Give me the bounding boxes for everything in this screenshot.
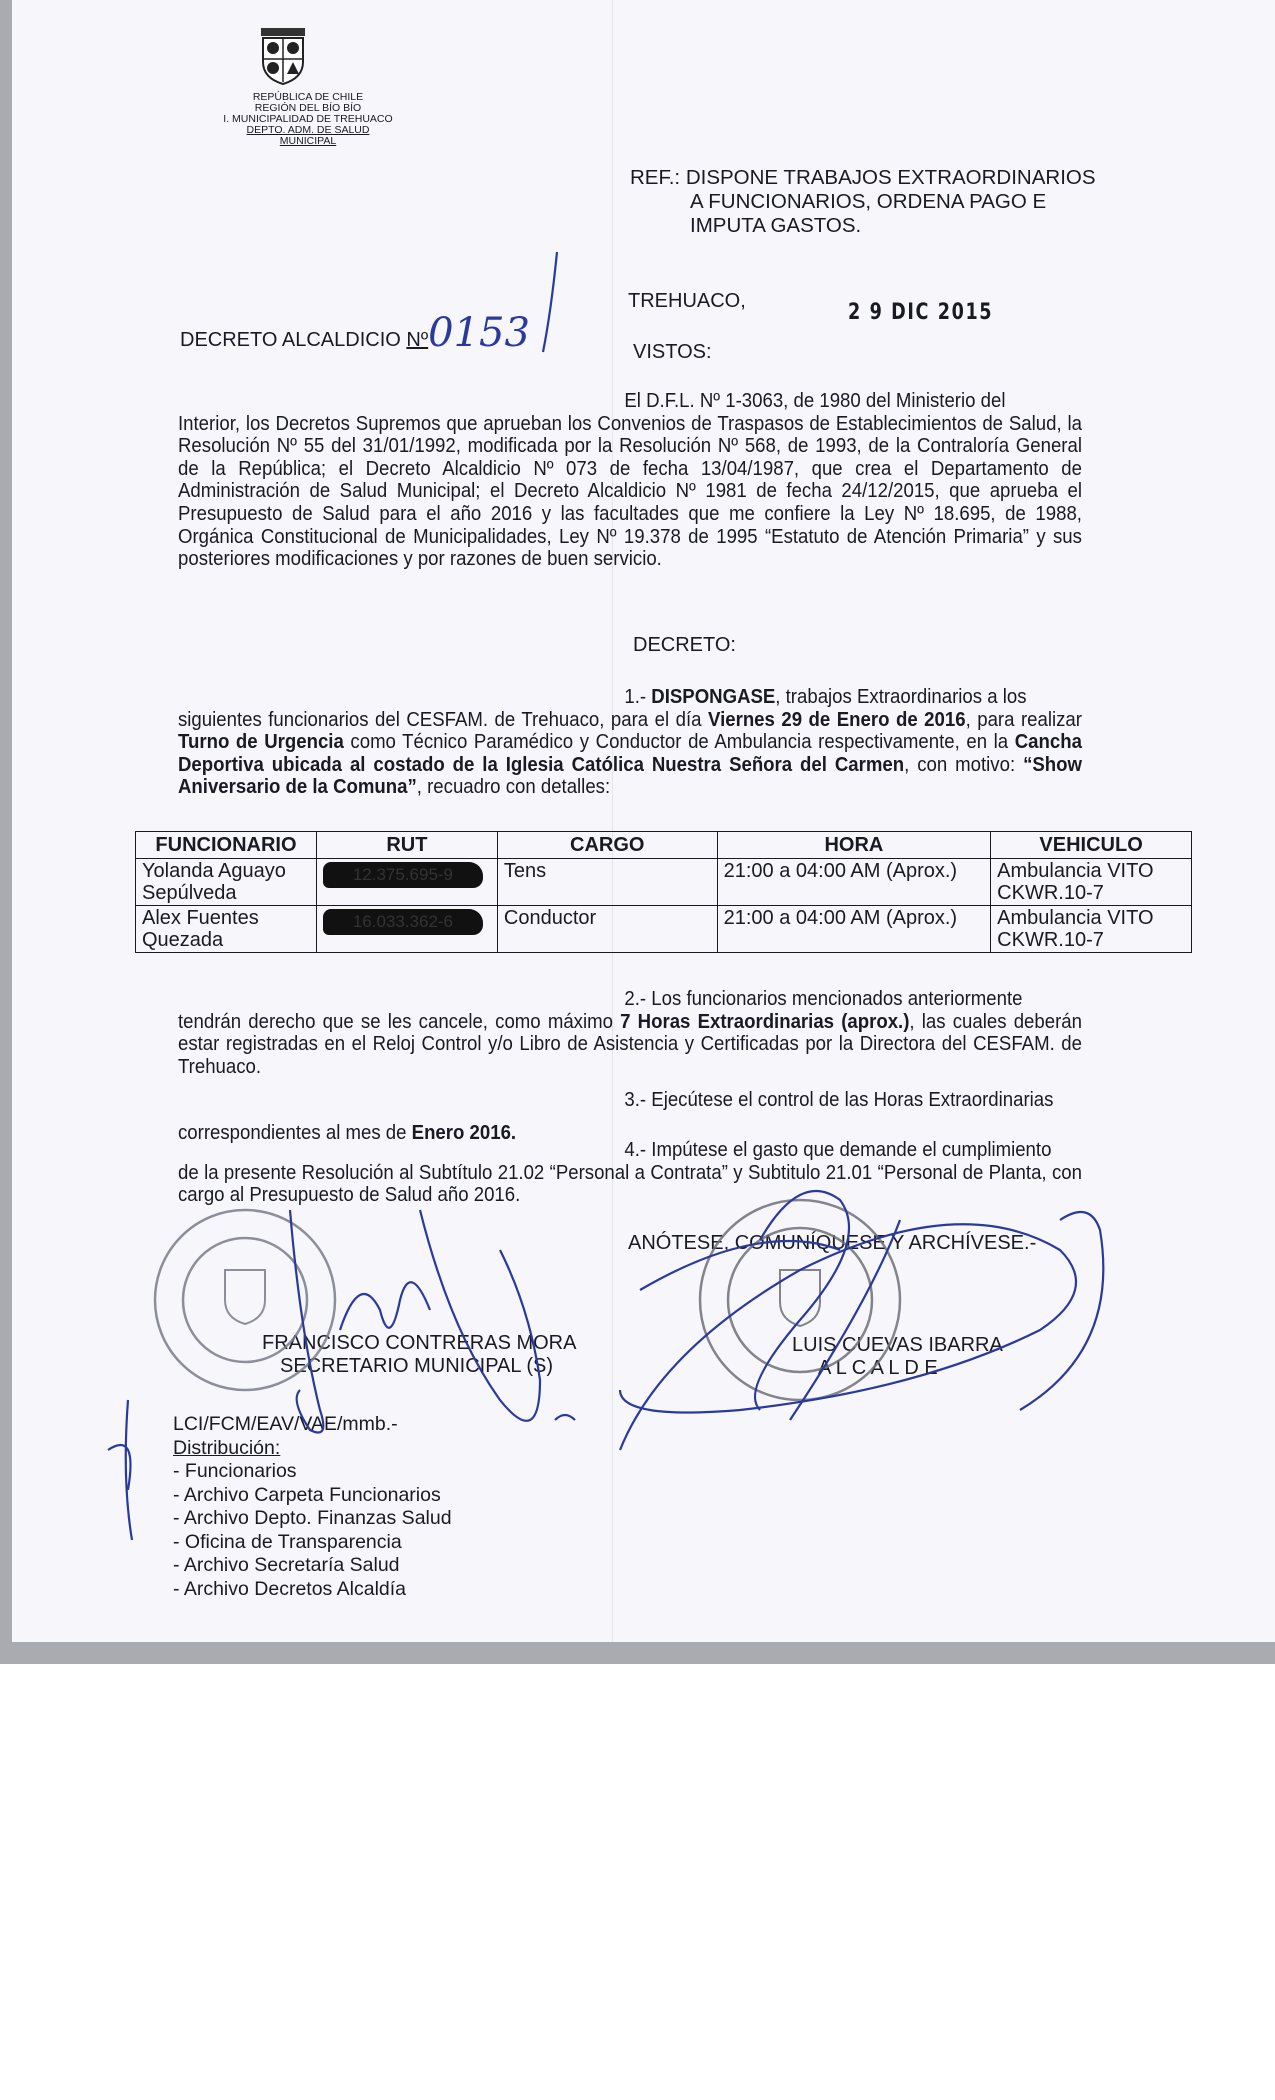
ref-line: IMPUTA GASTOS. [630, 214, 1096, 238]
distribution-item: - Archivo Decretos Alcaldía [173, 1578, 452, 1602]
closing-formula: ANÓTESE, COMUNÍQUESE Y ARCHÍVESE.- [628, 1232, 1036, 1255]
point-4: 4.- Impútese el gasto que demande el cum… [178, 1139, 1082, 1207]
number-label: Nº [406, 329, 428, 351]
handwritten-decree-number: 0153 [428, 310, 530, 356]
letterhead-line: DEPTO. ADM. DE SALUD MUNICIPAL [218, 125, 398, 147]
distribution-item: - Archivo Carpeta Funcionarios [173, 1484, 452, 1508]
cell-hora: 21:00 a 04:00 AM (Aprox.) [717, 859, 991, 906]
col-header: HORA [717, 832, 991, 859]
distribution-item: - Funcionarios [173, 1460, 452, 1484]
table-header-row: FUNCIONARIO RUT CARGO HORA VEHICULO [136, 832, 1192, 859]
ref-line: DISPONE TRABAJOS EXTRAORDINARIOS [686, 166, 1096, 189]
redacted-rut: 12.375.695-9 [323, 862, 483, 888]
col-header: CARGO [497, 832, 717, 859]
distribution-item: - Archivo Secretaría Salud [173, 1554, 452, 1578]
point-1: 1.- DISPONGASE, trabajos Extraordinarios… [178, 686, 1082, 799]
cell-cargo: Conductor [497, 906, 717, 953]
date-stamp: 2 9 DIC 2015 [848, 300, 993, 325]
table-row: Yolanda Aguayo Sepúlveda 12.375.695-9 Te… [136, 859, 1192, 906]
col-header: RUT [316, 832, 497, 859]
cell-rut: 12.375.695-9 [316, 859, 497, 906]
col-header: FUNCIONARIO [136, 832, 317, 859]
table-row: Alex Fuentes Quezada 16.033.362-6 Conduc… [136, 906, 1192, 953]
letterhead: REPÚBLICA DE CHILE REGIÓN DEL BÍO BÍO I.… [218, 92, 398, 147]
distribution-label: Distribución: [173, 1437, 452, 1461]
col-header: VEHICULO [991, 832, 1192, 859]
point-2: 2.- Los funcionarios mencionados anterio… [178, 988, 1082, 1078]
secretary-role: SECRETARIO MUNICIPAL (S) [262, 1355, 576, 1378]
vistos-paragraph: El D.F.L. Nº 1-3063, de 1980 del Ministe… [178, 390, 1082, 571]
mayor-role: A L C A L D E [792, 1357, 1003, 1380]
cell-funcionario: Alex Fuentes Quezada [136, 906, 317, 953]
cell-funcionario: Yolanda Aguayo Sepúlveda [136, 859, 317, 906]
place: TREHUACO, [628, 290, 746, 313]
secretary-signature-block: FRANCISCO CONTRERAS MORA SECRETARIO MUNI… [262, 1332, 576, 1378]
distribution-item: - Oficina de Transparencia [173, 1531, 452, 1555]
decree-title: DECRETO ALCALDICIO Nº0153 [180, 310, 530, 356]
ref-line: A FUNCIONARIOS, ORDENA PAGO E [630, 190, 1096, 214]
page-fold-line [612, 0, 613, 1642]
initials: LCI/FCM/EAV/VAE/mmb.- [173, 1413, 452, 1437]
reference-block: REF.: DISPONE TRABAJOS EXTRAORDINARIOS A… [630, 166, 1096, 238]
mayor-signature-block: LUIS CUEVAS IBARRA A L C A L D E [792, 1334, 1003, 1380]
ref-label: REF.: [630, 166, 680, 189]
coat-of-arms-icon [255, 24, 311, 86]
distribution-block: LCI/FCM/EAV/VAE/mmb.- Distribución: - Fu… [173, 1413, 452, 1601]
point-3: 3.- Ejecútese el control de las Horas Ex… [178, 1089, 1082, 1144]
decreto-label: DECRETO: [633, 634, 736, 657]
cell-hora: 21:00 a 04:00 AM (Aprox.) [717, 906, 991, 953]
vistos-label: VISTOS: [633, 341, 712, 364]
cell-vehiculo: Ambulancia VITO CKWR.10-7 [991, 859, 1192, 906]
cell-vehiculo: Ambulancia VITO CKWR.10-7 [991, 906, 1192, 953]
details-table: FUNCIONARIO RUT CARGO HORA VEHICULO Yola… [135, 831, 1192, 953]
document-page [12, 0, 1275, 1642]
mayor-name: LUIS CUEVAS IBARRA [792, 1334, 1003, 1357]
redacted-rut: 16.033.362-6 [323, 909, 483, 935]
distribution-item: - Archivo Depto. Finanzas Salud [173, 1507, 452, 1531]
cell-rut: 16.033.362-6 [316, 906, 497, 953]
cell-cargo: Tens [497, 859, 717, 906]
secretary-name: FRANCISCO CONTRERAS MORA [262, 1332, 576, 1355]
